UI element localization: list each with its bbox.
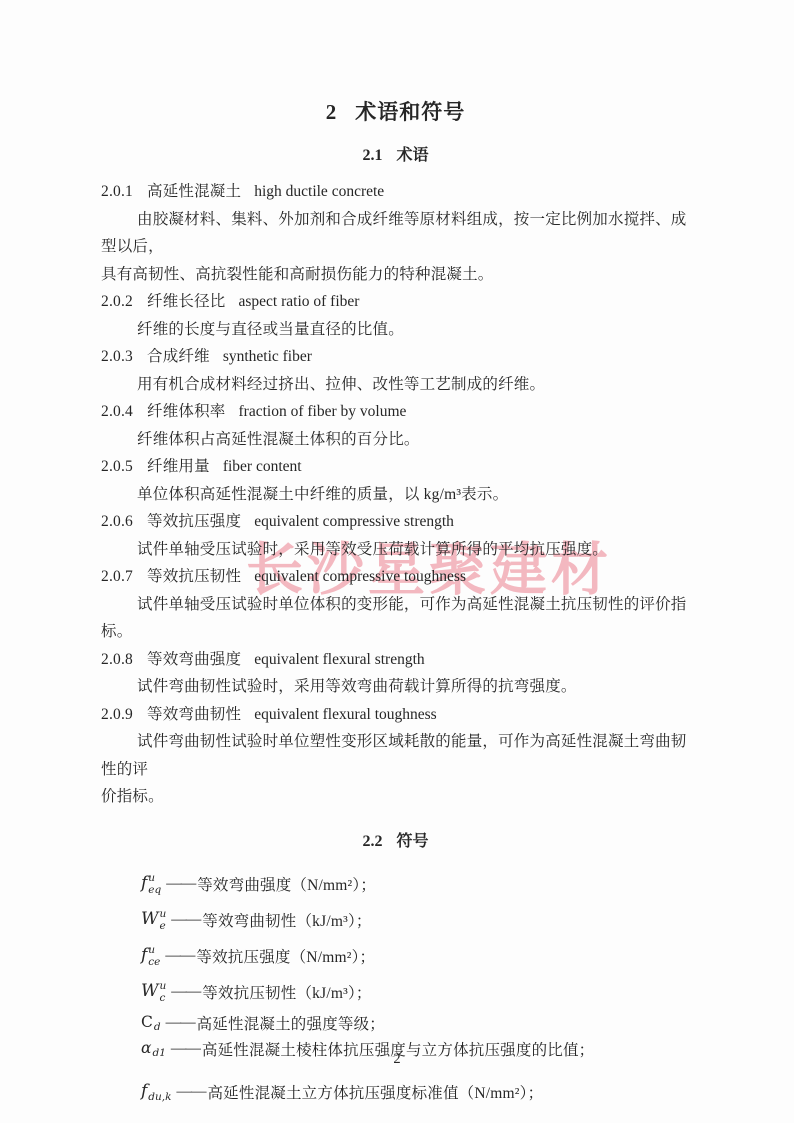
term-en: fiber content bbox=[223, 458, 302, 475]
em-dash: —— bbox=[166, 875, 195, 893]
term-number: 2.0.2 bbox=[101, 293, 133, 310]
symbol-row: fueq —— 等效弯曲强度（N/mm²）； bbox=[141, 866, 690, 902]
term-item: 2.0.1高延性混凝土high ductile concrete 由胶凝材料、集… bbox=[101, 178, 690, 288]
term-heading: 2.0.4纤维体积率fraction of fiber by volume bbox=[101, 398, 690, 426]
symbol-notation: Cd bbox=[141, 1015, 161, 1031]
symbol-notation: Wuc bbox=[141, 980, 166, 1002]
term-heading: 2.0.8等效弯曲强度equivalent flexural strength bbox=[101, 646, 690, 674]
symbol-notation: fueq bbox=[141, 872, 161, 894]
symbol-base: f bbox=[141, 875, 147, 892]
symbol-base: W bbox=[141, 911, 158, 928]
term-en: equivalent flexural toughness bbox=[254, 706, 437, 723]
section-number: 2.1 bbox=[362, 147, 382, 164]
symbol-base: C bbox=[141, 1015, 153, 1031]
term-item: 2.0.7等效抗压韧性equivalent compressive toughn… bbox=[101, 563, 690, 646]
term-heading: 2.0.3合成纤维synthetic fiber bbox=[101, 343, 690, 371]
term-zh: 等效弯曲强度 bbox=[147, 651, 241, 668]
document-content: 2术语和符号 2.1术语 2.0.1高延性混凝土high ductile con… bbox=[0, 0, 794, 1110]
term-definition-line: 试件弯曲韧性试验时，采用等效弯曲荷载计算所得的抗弯强度。 bbox=[101, 673, 690, 701]
term-item: 2.0.9等效弯曲韧性equivalent flexural toughness… bbox=[101, 701, 690, 811]
section-number: 2.2 bbox=[362, 833, 382, 850]
page-number: 2 bbox=[0, 1051, 794, 1068]
em-dash: —— bbox=[166, 1014, 195, 1032]
term-item: 2.0.4纤维体积率fraction of fiber by volume 纤维… bbox=[101, 398, 690, 453]
term-heading: 2.0.9等效弯曲韧性equivalent flexural toughness bbox=[101, 701, 690, 729]
term-definition-line: 单位体积高延性混凝土中纤维的质量，以 kg/m³表示。 bbox=[101, 481, 690, 509]
term-number: 2.0.9 bbox=[101, 706, 133, 723]
term-en: aspect ratio of fiber bbox=[239, 293, 360, 310]
symbol-notation: Wue bbox=[141, 908, 166, 930]
symbol-subscript: e bbox=[159, 921, 165, 932]
term-heading: 2.0.7等效抗压韧性equivalent compressive toughn… bbox=[101, 563, 690, 591]
term-definition-line: 试件单轴受压试验时，采用等效受压荷载计算所得的平均抗压强度。 bbox=[101, 536, 690, 564]
em-dash: —— bbox=[171, 911, 200, 929]
chapter-title-text: 术语和符号 bbox=[355, 100, 465, 124]
term-item: 2.0.3合成纤维synthetic fiber 用有机合成材料经过挤出、拉伸、… bbox=[101, 343, 690, 398]
term-zh: 纤维体积率 bbox=[147, 403, 226, 420]
term-zh: 纤维用量 bbox=[147, 458, 210, 475]
term-zh: 等效抗压韧性 bbox=[147, 568, 241, 585]
symbol-row: Cd —— 高延性混凝土的强度等级； bbox=[141, 1010, 690, 1036]
term-zh: 合成纤维 bbox=[147, 348, 210, 365]
section-heading-terms: 2.1术语 bbox=[101, 142, 690, 165]
symbol-base: f bbox=[141, 947, 147, 964]
term-en: high ductile concrete bbox=[254, 183, 384, 200]
term-definition-line: 用有机合成材料经过挤出、拉伸、改性等工艺制成的纤维。 bbox=[101, 371, 690, 399]
symbol-description: 等效抗压强度（N/mm²）； bbox=[196, 945, 375, 967]
em-dash: —— bbox=[165, 947, 194, 965]
section-title-text: 术语 bbox=[396, 147, 428, 164]
term-definition-line: 具有高韧性、高抗裂性能和高耐损伤能力的特种混凝土。 bbox=[101, 261, 690, 289]
term-definition-line: 试件弯曲韧性试验时单位塑性变形区域耗散的能量，可作为高延性混凝土弯曲韧性的评 bbox=[101, 728, 690, 783]
term-en: equivalent flexural strength bbox=[254, 651, 424, 668]
symbol-subscript: ce bbox=[148, 957, 160, 968]
symbol-base: f bbox=[141, 1083, 147, 1100]
document-page: 长沙星聚建材 2术语和符号 2.1术语 2.0.1高延性混凝土high duct… bbox=[0, 0, 794, 1123]
term-en: equivalent compressive strength bbox=[254, 513, 454, 530]
term-item: 2.0.2纤维长径比aspect ratio of fiber 纤维的长度与直径… bbox=[101, 288, 690, 343]
em-dash: —— bbox=[171, 983, 200, 1001]
term-item: 2.0.6等效抗压强度equivalent compressive streng… bbox=[101, 508, 690, 563]
term-definition-line: 价指标。 bbox=[101, 783, 690, 811]
symbol-row: Wuc —— 等效抗压韧性（kJ/m³）； bbox=[141, 974, 690, 1010]
section-title-text: 符号 bbox=[396, 833, 428, 850]
symbol-description: 等效抗压韧性（kJ/m³）； bbox=[202, 981, 371, 1003]
term-number: 2.0.5 bbox=[101, 458, 133, 475]
term-heading: 2.0.1高延性混凝土high ductile concrete bbox=[101, 178, 690, 206]
term-item: 2.0.8等效弯曲强度equivalent flexural strength … bbox=[101, 646, 690, 701]
symbol-description: 等效弯曲强度（N/mm²）； bbox=[197, 873, 376, 895]
symbols-list: fueq —— 等效弯曲强度（N/mm²）； Wue —— 等效弯曲韧性（kJ/… bbox=[101, 866, 690, 1110]
symbol-row: Wue —— 等效弯曲韧性（kJ/m³）； bbox=[141, 902, 690, 938]
term-number: 2.0.6 bbox=[101, 513, 133, 530]
symbol-subscript: du,k bbox=[148, 1091, 171, 1103]
page-title: 2术语和符号 bbox=[101, 96, 690, 126]
term-item: 2.0.5纤维用量fiber content 单位体积高延性混凝土中纤维的质量，… bbox=[101, 453, 690, 508]
symbol-description: 高延性混凝土立方体抗压强度标准值（N/mm²）； bbox=[207, 1081, 543, 1103]
term-en: fraction of fiber by volume bbox=[239, 403, 407, 420]
term-zh: 等效弯曲韧性 bbox=[147, 706, 241, 723]
term-zh: 高延性混凝土 bbox=[147, 183, 241, 200]
symbol-description: 高延性混凝土的强度等级； bbox=[197, 1012, 385, 1034]
term-number: 2.0.4 bbox=[101, 403, 133, 420]
term-en: equivalent compressive toughness bbox=[254, 568, 466, 585]
term-zh: 纤维长径比 bbox=[147, 293, 226, 310]
symbol-notation: fdu,k bbox=[141, 1083, 171, 1100]
term-heading: 2.0.5纤维用量fiber content bbox=[101, 453, 690, 481]
symbol-row: fuce —— 等效抗压强度（N/mm²）； bbox=[141, 938, 690, 974]
term-number: 2.0.3 bbox=[101, 348, 133, 365]
term-heading: 2.0.6等效抗压强度equivalent compressive streng… bbox=[101, 508, 690, 536]
chapter-number: 2 bbox=[326, 100, 338, 124]
term-definition-line: 纤维的长度与直径或当量直径的比值。 bbox=[101, 316, 690, 344]
em-dash: —— bbox=[176, 1083, 205, 1101]
term-definition-line: 试件单轴受压试验时单位体积的变形能，可作为高延性混凝土抗压韧性的评价指标。 bbox=[101, 591, 690, 646]
symbol-row: fdu,k —— 高延性混凝土立方体抗压强度标准值（N/mm²）； bbox=[141, 1074, 690, 1110]
term-definition-line: 由胶凝材料、集料、外加剂和合成纤维等原材料组成，按一定比例加水搅拌、成型以后， bbox=[101, 206, 690, 261]
term-number: 2.0.1 bbox=[101, 183, 133, 200]
symbol-subscript: eq bbox=[148, 885, 161, 896]
term-number: 2.0.8 bbox=[101, 651, 133, 668]
symbol-description: 等效弯曲韧性（kJ/m³）； bbox=[202, 909, 371, 931]
terms-list: 2.0.1高延性混凝土high ductile concrete 由胶凝材料、集… bbox=[101, 178, 690, 811]
symbol-base: W bbox=[141, 983, 158, 1000]
term-definition-line: 纤维体积占高延性混凝土体积的百分比。 bbox=[101, 426, 690, 454]
term-zh: 等效抗压强度 bbox=[147, 513, 241, 530]
symbol-notation: fuce bbox=[141, 944, 160, 966]
term-heading: 2.0.2纤维长径比aspect ratio of fiber bbox=[101, 288, 690, 316]
term-en: synthetic fiber bbox=[223, 348, 312, 365]
term-number: 2.0.7 bbox=[101, 568, 133, 585]
symbol-subscript: c bbox=[159, 993, 165, 1004]
symbol-subscript: d bbox=[154, 1021, 161, 1033]
section-heading-symbols: 2.2符号 bbox=[101, 828, 690, 851]
